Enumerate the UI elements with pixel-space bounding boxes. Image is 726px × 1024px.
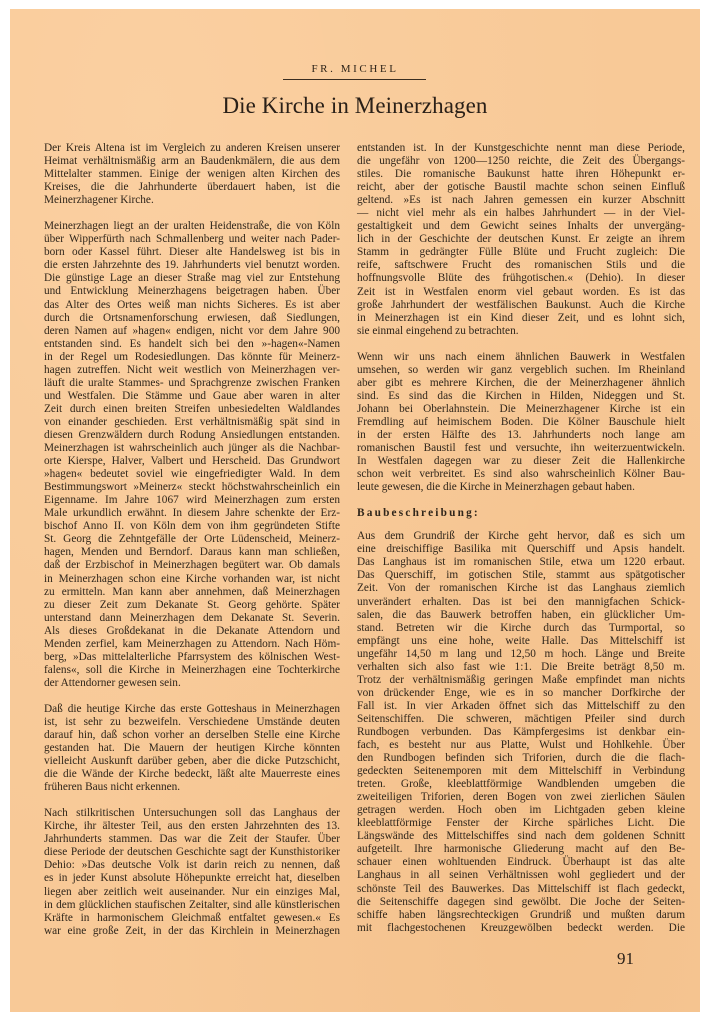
text-line: umsehen, so werden wir ganz vergeblich s… — [357, 364, 685, 377]
text-line: gedeckten Seitenemporen mit dem Mittelsc… — [357, 765, 685, 778]
text-line: gestanden hat. Die Mauern der heutigen K… — [44, 742, 340, 755]
text-line: Trotz der verhältnismäßig geringen Maße … — [357, 674, 685, 687]
text-line: stand. Betreten wir die Kirche durch das… — [357, 622, 685, 635]
text-line: Jahrhunderts stammen. Das war die Zeit d… — [44, 833, 340, 846]
text-line: eine dreischiffige Basilika mit Querschi… — [357, 543, 685, 556]
text-line: zu ermitteln. Man kann aber annehmen, da… — [44, 586, 340, 599]
paragraph: Wenn wir uns nach einem ähnlichen Bauwer… — [357, 351, 685, 495]
paragraph: Aus dem Grundriß der Kirche geht hervor,… — [357, 530, 685, 934]
paragraph: entstanden ist. In der Kunstgeschichte n… — [357, 142, 685, 338]
text-line: salen, die das Bauwerk betroffen haben, … — [357, 609, 685, 622]
text-line: das Alter des Ortes weiß man nichts Sich… — [44, 299, 340, 312]
text-line: Rundbogen verbunden. Das Kämpfergesims i… — [357, 726, 685, 739]
text-line: bischof Anno II. von Köln dem von ihm ge… — [44, 520, 340, 533]
article-title: Die Kirche in Meinerzhagen — [10, 93, 700, 119]
right-column: entstanden ist. In der Kunstgeschichte n… — [357, 142, 685, 948]
author-name: FR. MICHEL — [10, 63, 700, 75]
text-line: die die Wände der Kirche bedeckt, läßt a… — [44, 768, 340, 781]
text-line: Menden zerfiel, kam Meinerzhagen zu Atte… — [44, 638, 340, 651]
author-underline — [283, 79, 426, 80]
text-line: stiles. Die romanische Baukunst hatte ih… — [357, 168, 685, 181]
text-line: früheren Baus nicht erkennen. — [44, 781, 340, 794]
text-line: durch die Ortsnamenforschung erwiesen, d… — [44, 312, 340, 325]
paragraph: Daß die heutige Kirche das erste Gottesh… — [44, 703, 340, 794]
text-line: läuft die uralte Stammes- und Sprachgren… — [44, 377, 340, 390]
text-line: Seitenschiffen. Die schweren, mächtigen … — [357, 713, 685, 726]
text-line: Längswände des Mittelschiffes sind nach … — [357, 830, 685, 843]
text-line: Zeit ist in Westfalen enorm viel gebaut … — [357, 286, 685, 299]
text-line: sie einmal eingehend zu betrachten. — [357, 325, 685, 338]
text-line: Aus dem Grundriß der Kirche geht hervor,… — [357, 530, 685, 543]
text-line: ungefähr 14,50 m lang und 12,50 m hoch. … — [357, 648, 685, 661]
text-line: — nicht viel mehr als ein halbes Jahrhun… — [357, 207, 685, 220]
text-line: entstanden ist. In der Kunstgeschichte n… — [357, 142, 685, 155]
text-line: von drückender Enge, wie es in so manche… — [357, 687, 685, 700]
document-page: FR. MICHEL Die Kirche in Meinerzhagen De… — [10, 9, 700, 1012]
text-line: aber gibt es mehrere Kirchen, die der Me… — [357, 377, 685, 390]
text-line: zweiteiligen Triforien, deren Bogen von … — [357, 791, 685, 804]
text-line: gestaltigkeit und dem Gewicht seines Inh… — [357, 220, 685, 233]
text-line: diesen Grenzwäldern durch Rodung Ansiedl… — [44, 429, 340, 442]
text-line: Stamm in gedrängter Fülle Blüte und Fruc… — [357, 246, 685, 259]
text-line: diese Periode der deutschen Geschichte s… — [44, 846, 340, 859]
text-line: reife, saftschwere Frucht des romanische… — [357, 259, 685, 272]
text-line: falens«, soll die Kirche in Meinerzhagen… — [44, 664, 340, 677]
text-line: Bestimmungswort »Meinerz« steckt höchstw… — [44, 481, 340, 494]
text-line: große Jahrhundert der westfälischen Bauk… — [357, 299, 685, 312]
text-line: kleeblattförmige Fenster der Kirche spär… — [357, 817, 685, 830]
text-line: liegen aber zeitlich weit auseinander. N… — [44, 886, 340, 899]
text-line: leute gewesen, die die Kirche in Meinerz… — [357, 481, 685, 494]
text-line: von einander geschieden. Erst verhältnis… — [44, 416, 340, 429]
text-line: es in jeder Kunst absolute Höhepunkte er… — [44, 872, 340, 885]
text-line: orte Kierspe, Halver, Valbert und Hersch… — [44, 455, 340, 468]
text-line: In Westfalen dagegen war zu dieser Zeit … — [357, 455, 685, 468]
text-line: die ungefähr von 1200—1250 reichte, die … — [357, 155, 685, 168]
text-line: in dem glücklichen staufischen Zeitalter… — [44, 899, 340, 912]
text-line: born oder Kassel führt. Dieser alte Hand… — [44, 246, 340, 259]
text-line: schönste Teil des Bauwerkes. Das Mittels… — [357, 883, 685, 896]
text-line: in Meinerzhagen schon eine Kirche vorhan… — [44, 573, 340, 586]
text-line: Nach stilkritischen Untersuchungen soll … — [44, 807, 340, 820]
text-line: Meinerzhagener Kirche. — [44, 194, 340, 207]
text-line: »hagen« bedeutet soviel wie eingefriedig… — [44, 468, 340, 481]
text-line: Wenn wir uns nach einem ähnlichen Bauwer… — [357, 351, 685, 364]
text-line: schauer einen wohltuenden Eindruck. Über… — [357, 856, 685, 869]
text-line: Kräfte in harmonischem Gleichmaß entfalt… — [44, 912, 340, 925]
text-line: zu dieser Zeit zum Dekanate St. Georg ge… — [44, 599, 340, 612]
text-line: darauf hin, daß schon vorher an derselbe… — [44, 729, 340, 742]
text-line: Mittelalter stammen. Einige der wenigen … — [44, 168, 340, 181]
text-line: in der ersten Hälfte des 13. Jahrhundert… — [357, 429, 685, 442]
text-line: in der Regel um Rodesiedlungen. Das könn… — [44, 351, 340, 364]
text-line: die ersten Jahrzehnte des 19. Jahrhunder… — [44, 259, 340, 272]
text-line: entstanden sind. Es handelt sich bei den… — [44, 338, 340, 351]
text-line: empfängt uns eine hohe, weite Halle. Das… — [357, 635, 685, 648]
text-line: getragen werden. Hoch oben im Lichtgaden… — [357, 804, 685, 817]
text-line: den Rundbogen befinden sich Triforien, d… — [357, 752, 685, 765]
text-line: berg, »Das mittelalterliche Pfarrsystem … — [44, 651, 340, 664]
text-line: Als dieses Großdekanat in die Dekanate A… — [44, 625, 340, 638]
text-line: Der Kreis Altena ist im Vergleich zu and… — [44, 142, 340, 155]
text-line: und Entwicklung Meinerzhagens beigetrage… — [44, 285, 340, 298]
text-line: Johann bei Oberlahnstein. Die Meinerzhag… — [357, 403, 685, 416]
text-line: geltend. »Es ist nach Jahren gemessen ei… — [357, 194, 685, 207]
text-line: Kreises, die die Jahrhunderte überdauert… — [44, 181, 340, 194]
section-heading: Baubeschreibung: — [357, 507, 685, 520]
text-line: aufgeteilt. Ihre harmonische Gliederung … — [357, 843, 685, 856]
text-line: treten. Große, kleeblattförmige Wandblen… — [357, 778, 685, 791]
text-line: Dehio: »Das deutsche Volk ist darin reic… — [44, 859, 340, 872]
text-line: sind. Es sind das die Kirchen in Hilden,… — [357, 390, 685, 403]
text-line: vielleicht Auskunft darüber geben, aber … — [44, 755, 340, 768]
text-line: Fall ist. In vier Arkaden öffnet sich da… — [357, 700, 685, 713]
text-line: unterstand dann Meinerzhagen dem Dekanat… — [44, 612, 340, 625]
text-line: die Seitenschiffe dagegen sind gewölbt. … — [357, 896, 685, 909]
text-line: schiffe haben längsrechteckigen Grundriß… — [357, 909, 685, 922]
text-line: Zeit. Von der romanischen Kirche ist das… — [357, 582, 685, 595]
text-line: in Meinerzhagen ist ein Kind dieser Zeit… — [357, 312, 685, 325]
text-line: schon weit verbreitet. Es sind also wahr… — [357, 468, 685, 481]
text-line: deren Namen auf »hagen« endigen, nicht v… — [44, 325, 340, 338]
text-line: Langhaus in all seinen Verhältnissen woh… — [357, 869, 685, 882]
text-line: hagen zutreffen. Nicht weit westlich von… — [44, 364, 340, 377]
text-line: Heimat verhältnismäßig arm an Baudenkmäl… — [44, 155, 340, 168]
text-line: Daß die heutige Kirche das erste Gottesh… — [44, 703, 340, 716]
text-line: fach, es besteht nur aus Platte, Wulst u… — [357, 739, 685, 752]
paragraph: Nach stilkritischen Untersuchungen soll … — [44, 807, 340, 937]
text-line: Die günstige Lage an dieser Straße mag v… — [44, 272, 340, 285]
paragraph: Der Kreis Altena ist im Vergleich zu and… — [44, 142, 340, 207]
text-line: hoffnungsvolle Blüte des frühgotischen.«… — [357, 272, 685, 285]
text-line: daß der Erzbischof in Meinerzhagen begüt… — [44, 559, 340, 572]
text-line: lich in der Geschichte der deutschen Kun… — [357, 233, 685, 246]
left-column: Der Kreis Altena ist im Vergleich zu and… — [44, 142, 340, 951]
text-line: Meinerzhagen liegt an der uralten Heiden… — [44, 220, 340, 233]
text-line: verhalten sich also fast wie 1:1. Die Br… — [357, 661, 685, 674]
text-line: war eine große Zeit, in der das Kirchlei… — [44, 925, 340, 938]
text-line: unverändert erhalten. Das ist bei den ma… — [357, 596, 685, 609]
text-line: und Westfalen. Die Stämme und Gaue aber … — [44, 390, 340, 403]
text-line: St. Georg die Zehntgefälle der Orte Lüde… — [44, 533, 340, 546]
paragraph: Meinerzhagen liegt an der uralten Heiden… — [44, 220, 340, 690]
text-line: romanischen Baustil fest und versuchte, … — [357, 442, 685, 455]
text-line: über Wipperfürth nach Schmallenberg und … — [44, 233, 340, 246]
text-line: Kirche, ihr ältester Teil, aus den erste… — [44, 820, 340, 833]
text-line: Fremdling auf heimischem Boden. Die Köln… — [357, 416, 685, 429]
text-line: mit flachgestochenen Kreuzgewölben bedec… — [357, 922, 685, 935]
text-line: Das Querschiff, im gotischen Stile, stam… — [357, 569, 685, 582]
text-line: hagen, Menden und Berndorf. Daraus kann … — [44, 546, 340, 559]
text-line: ist, ist sehr zu bezweifeln. Verschieden… — [44, 716, 340, 729]
text-line: reicht, aber der gotische Baustil machte… — [357, 181, 685, 194]
text-line: Zeit durch einen breiten Streifen unbesi… — [44, 403, 340, 416]
text-line: Male urkundlich erwähnt. In diesem Jahre… — [44, 507, 340, 520]
text-line: Meinerzhagen ist wahrscheinlich auch jün… — [44, 442, 340, 455]
text-line: Eigenname. Im Jahre 1067 wird Meinerzhag… — [44, 494, 340, 507]
text-line: Das Langhaus ist im romanischen Stile, e… — [357, 556, 685, 569]
page-number: 91 — [617, 949, 634, 969]
text-line: der Attendorner gewesen sein. — [44, 677, 340, 690]
